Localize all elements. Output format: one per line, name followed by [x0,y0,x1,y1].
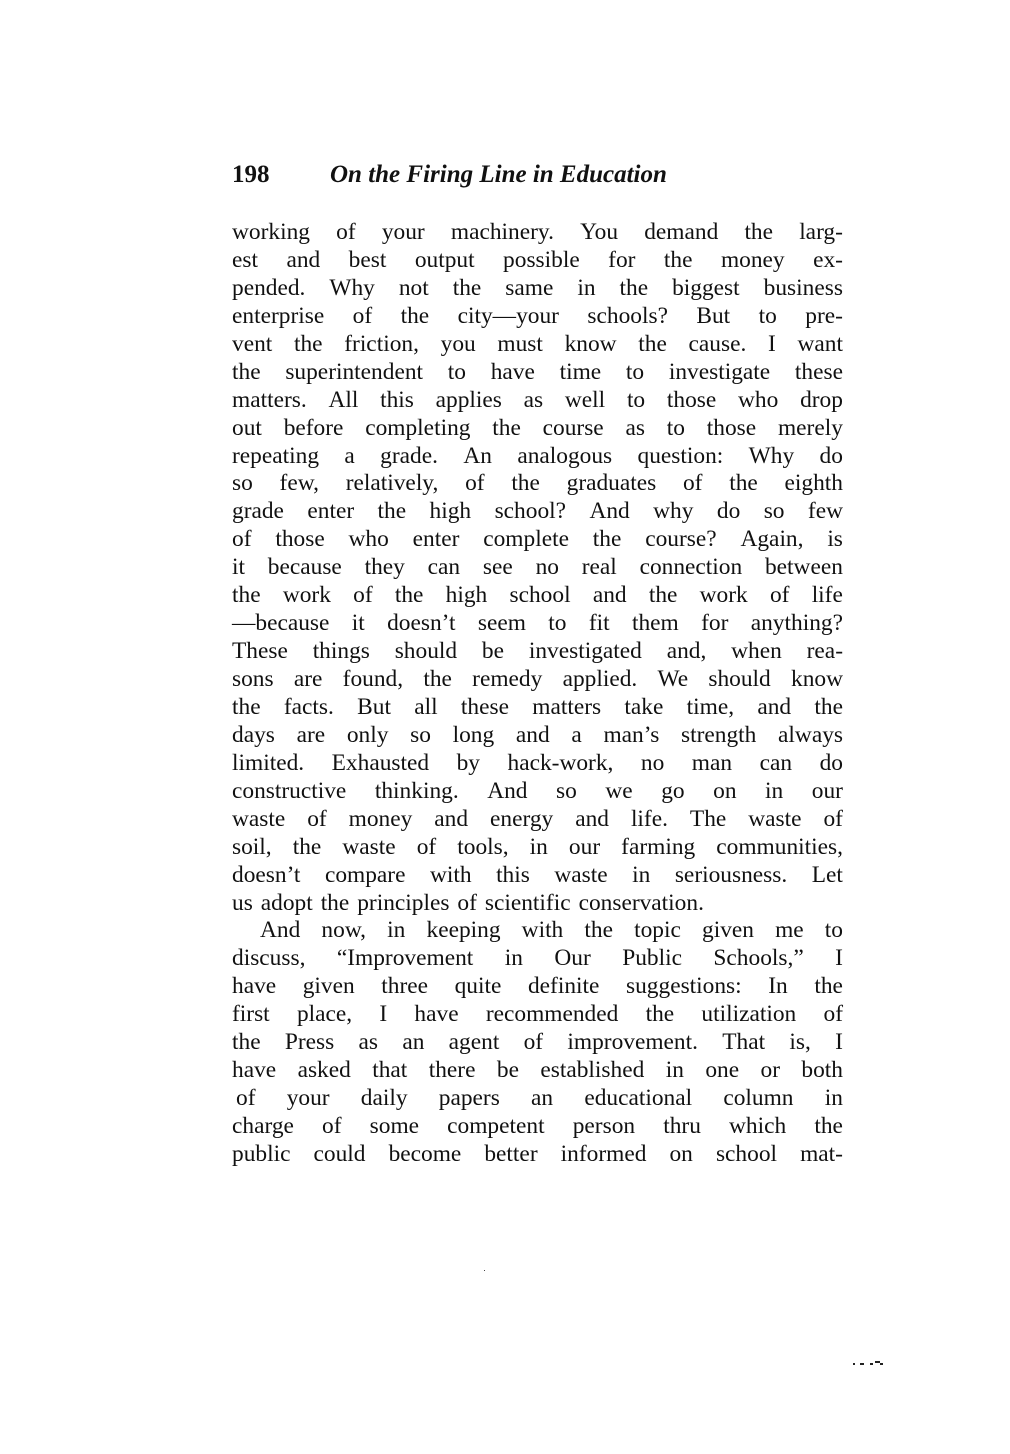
text-line: thefacts.Butallthesematterstaketime,andt… [232,694,843,722]
word: out [232,415,262,443]
word: in [577,275,595,303]
word: hack-work, [508,750,614,778]
word: should [708,666,770,694]
word: is, [789,1029,810,1057]
word: can [760,750,792,778]
word: topic [634,917,681,945]
word: in [632,862,650,890]
word: But [696,303,730,331]
text-line: itbecausetheycanseenorealconnectionbetwe… [232,554,843,582]
word: school [716,1141,777,1169]
word: drop [800,387,843,415]
word: “Improvement [337,945,473,973]
word: adopt [261,890,313,918]
word: connection [640,554,743,582]
word: the [401,303,430,331]
word: competent [447,1113,544,1141]
word: with [430,862,472,890]
word: city—your [458,303,559,331]
word: I [768,331,776,359]
word: better [484,1141,537,1169]
word: the [423,666,452,694]
word: for [608,247,635,275]
text-line: thePressasanagentofimprovement.Thatis,I [232,1029,843,1057]
word: And [260,917,300,945]
word: all [414,694,437,722]
word: the [729,470,758,498]
word: of [232,526,252,554]
word: the [649,582,678,610]
word: biggest [672,275,740,303]
word: have [232,973,276,1001]
word: fit [589,610,610,638]
word: grade [232,498,284,526]
word: for [701,610,728,638]
word: have [414,1001,458,1029]
word: and [757,694,791,722]
word: grade. [380,443,438,471]
word: life. [631,806,668,834]
word: not [399,275,429,303]
word: business [764,275,843,303]
word: with [522,917,564,945]
word: definite [528,973,599,1001]
word: person [573,1113,635,1141]
word: waste [232,806,285,834]
word: the [395,582,424,610]
word: the [584,917,613,945]
word: they [365,554,405,582]
word: could [314,1141,366,1169]
word: that [372,1057,407,1085]
word: of [236,1085,256,1113]
word: these [795,359,843,387]
word: to [825,917,843,945]
word: of [524,1029,544,1057]
word: found, [343,666,403,694]
word: the [232,1029,261,1057]
word: a [344,443,354,471]
word: An [463,443,492,471]
word: investigate [669,359,770,387]
text-line: thesuperintendenttohavetimetoinvestigate… [232,359,843,387]
text-line: Thesethingsshouldbeinvestigatedand,whenr… [232,638,843,666]
word: best [349,247,387,275]
word: I [835,1029,843,1057]
word: keeping [427,917,501,945]
word: some [370,1113,419,1141]
word: graduates [567,470,657,498]
text-line: pended.Whynotthesameinthebiggestbusiness [232,275,843,303]
word: want [798,331,843,359]
word: facts. [284,694,334,722]
word: always [778,722,843,750]
word: on [713,778,736,806]
word: do [820,443,843,471]
word: this [380,387,414,415]
word: few, [280,470,319,498]
word: of [824,1001,844,1029]
word: mat- [800,1141,843,1169]
word: waste [554,862,607,890]
word: to [667,415,685,443]
word: of [353,582,373,610]
word: long [453,722,495,750]
scan-speck [484,1270,485,1271]
word: Why [329,275,374,303]
word: days [232,722,275,750]
word: pended. [232,275,305,303]
word: matters. [232,387,307,415]
word: well [565,387,605,415]
word: energy [490,806,553,834]
word: conservation. [579,890,704,918]
word: vent [232,331,272,359]
word: who [349,526,389,554]
word: Why [749,443,794,471]
word: —because [232,610,329,638]
word: course [543,415,604,443]
text-line: repeatingagrade.Ananalogousquestion:Whyd… [232,443,843,471]
word: the [511,470,540,498]
word: applies [436,387,502,415]
word: The [690,806,726,834]
word: do [717,498,740,526]
word: utilization [701,1001,796,1029]
word: to [626,359,644,387]
text-line: sonsarefound,theremedyapplied.Weshouldkn… [232,666,843,694]
word: the [814,973,843,1001]
word: scientific [485,890,571,918]
text-line: sofew,relatively,ofthegraduatesoftheeigh… [232,470,843,498]
text-line: gradeenterthehighschool?Andwhydosofew [232,498,843,526]
word: Schools,” [713,945,803,973]
word: seem [478,610,526,638]
word: strength [681,722,756,750]
word: see [483,554,513,582]
word: both [801,1057,843,1085]
text-line: chargeofsomecompetentpersonthruwhichthe [232,1113,843,1141]
word: which [729,1113,786,1141]
word: by [457,750,480,778]
word: of [353,303,373,331]
word: few [808,498,843,526]
word: to [448,359,466,387]
word: take [624,694,663,722]
word: charge [232,1113,294,1141]
word: a [571,722,581,750]
word: superintendent [285,359,423,387]
word: of [322,1113,342,1141]
word: the [620,275,649,303]
word: three [381,973,428,1001]
text-line: soil,thewasteoftools,inourfarmingcommuni… [232,834,843,862]
text-line: havegiventhreequitedefinitesuggestions:I… [232,973,843,1001]
word: place, [297,1001,352,1029]
word: merely [778,415,843,443]
word: on [669,1141,692,1169]
word: now, [321,917,366,945]
word: in [825,1085,843,1113]
word: be [482,638,504,666]
word: enter [413,526,460,554]
word: relatively, [346,470,439,498]
word: those [707,415,756,443]
word: compare [325,862,406,890]
word: the [638,331,667,359]
word: In [768,973,788,1001]
word: things [313,638,370,666]
word: seriousness. [675,862,787,890]
word: man’s [603,722,659,750]
word: working [232,219,310,247]
word: and, [667,638,707,666]
word: Exhausted [332,750,429,778]
word: ex- [813,247,843,275]
word: the [646,1001,675,1029]
word: no [641,750,664,778]
word: in [666,1057,684,1085]
word: course? [645,526,716,554]
word: me [775,917,804,945]
word: we [605,778,632,806]
text-line: workingofyourmachinery.Youdemandthelarg- [232,219,843,247]
text-line: ventthefriction,youmustknowthecause.Iwan… [232,331,843,359]
word: possible [503,247,580,275]
word: same [505,275,553,303]
word: know [791,666,843,694]
text-line: ofyourdailypapersaneducationalcolumnin [232,1085,843,1113]
word: All [328,387,358,415]
word: the [492,415,521,443]
word: limited. [232,750,304,778]
text-line: constructivethinking.Andsowegooninour [232,778,843,806]
word: the [744,219,773,247]
word: thru [663,1113,701,1141]
word: these [461,694,509,722]
word: enter [307,498,354,526]
word: school [510,582,571,610]
word: anything? [751,610,843,638]
word: of [770,582,790,610]
text-line: haveaskedthattherebeestablishedinoneorbo… [232,1057,843,1085]
body-text: workingofyourmachinery.Youdemandthelarg-… [232,219,843,1169]
word: given [303,973,355,1001]
word: doesn’t [387,610,455,638]
text-line: discuss,“ImprovementinOurPublicSchools,”… [232,945,843,973]
word: Again, [740,526,803,554]
book-page: 198On the Firing Line in Education worki… [0,0,1010,1454]
word: agent [449,1029,500,1057]
word: soil, [232,834,272,862]
word: thinking. [375,778,459,806]
word: it [232,554,245,582]
word: one [705,1057,739,1085]
word: in [387,917,405,945]
word: as [359,1029,379,1057]
word: go [661,778,684,806]
word: suggestions: [626,973,742,1001]
word: or [761,1057,781,1085]
word: between [765,554,843,582]
word: become [389,1141,462,1169]
word: constructive [232,778,346,806]
word: matters [532,694,601,722]
word: an [402,1029,424,1057]
word: high [430,498,472,526]
word: life [812,582,843,610]
word: your [382,219,425,247]
word: so [232,470,253,498]
word: in [505,945,523,973]
word: the [232,582,261,610]
word: as [524,387,544,415]
word: communities, [716,834,843,862]
word: discuss, [232,945,305,973]
word: est [232,247,258,275]
word: in [530,834,548,862]
word: money [349,806,413,834]
word: the [664,247,693,275]
word: investigated [529,638,642,666]
word: to [548,610,566,638]
word: do [820,750,843,778]
running-head: 198On the Firing Line in Education [232,160,844,190]
word: have [491,359,535,387]
word: must [497,331,543,359]
word: and [575,806,609,834]
word: demand [644,219,718,247]
word: so [556,778,577,806]
word: have [232,1057,276,1085]
word: the [232,359,261,387]
word: quite [455,973,502,1001]
word: the [232,694,261,722]
word: But [357,694,391,722]
word: waste [748,806,801,834]
word: pre- [805,303,843,331]
word: sons [232,666,274,694]
word: because [268,554,342,582]
word: as [625,415,645,443]
word: our [569,834,600,862]
word: Let [812,862,843,890]
word: output [415,247,475,275]
word: only [347,722,389,750]
word: should [395,638,457,666]
text-line: theworkofthehighschoolandtheworkoflife [232,582,843,610]
word: remedy [472,666,542,694]
word: are [297,722,326,750]
word: us [232,890,253,918]
word: These [232,638,288,666]
word: cause. [689,331,747,359]
word: money [721,247,785,275]
word: educational [584,1085,692,1113]
text-line: enterpriseofthecity—yourschools?Buttopre… [232,303,843,331]
word: given [702,917,754,945]
word: of [307,806,327,834]
word: column [723,1085,793,1113]
word: before [284,415,344,443]
word: enterprise [232,303,324,331]
word: so [410,722,431,750]
word: this [496,862,530,890]
word: the [378,498,407,526]
word: informed [561,1141,647,1169]
word: and [434,806,468,834]
text-line: outbeforecompletingthecourseastothosemer… [232,415,843,443]
word: improvement. [567,1029,698,1057]
word: public [232,1141,290,1169]
word: And [487,778,527,806]
word: to [627,387,645,415]
text-line: publiccouldbecomebetterinformedonschoolm… [232,1141,843,1169]
text-line: wasteofmoneyandenergyandlife.Thewasteof [232,806,843,834]
text-line: firstplace,Ihaverecommendedtheutilizatio… [232,1001,843,1029]
word: applied. [563,666,638,694]
word: high [446,582,488,610]
word: the [294,331,323,359]
word: our [812,778,843,806]
word: so [764,498,785,526]
word: those [667,387,716,415]
word: when [731,638,782,666]
word: doesn’t [232,862,300,890]
word: and [286,247,320,275]
word: be [497,1057,519,1085]
book-title: On the Firing Line in Education [330,161,667,188]
text-line: Andnow,inkeepingwiththetopicgivenmeto [232,917,843,945]
word: in [765,778,783,806]
word: is [827,526,843,554]
word: are [294,666,323,694]
word: I [379,1001,387,1029]
text-line: ofthosewhoentercompletethecourse?Again,i… [232,526,843,554]
word: Public [622,945,682,973]
word: you [441,331,476,359]
word: the [593,526,622,554]
word: your [287,1085,330,1113]
word: them [632,610,679,638]
text-line: limited.Exhaustedbyhack-work,nomancando [232,750,843,778]
word: can [428,554,460,582]
word: established [540,1057,644,1085]
word: daily [361,1085,408,1113]
word: asked [298,1057,351,1085]
word: I [835,945,843,973]
word: time [560,359,602,387]
word: the [321,890,350,918]
word: larg- [799,219,843,247]
word: and [516,722,550,750]
text-line: —becauseitdoesn’tseemtofitthemforanythin… [232,610,843,638]
word: of [417,834,437,862]
word: principles [357,890,449,918]
word: time, [687,694,734,722]
text-line: daysareonlysolongandaman’sstrengthalways [232,722,843,750]
text-line: estandbestoutputpossibleforthemoneyex- [232,247,843,275]
word: analogous [517,443,612,471]
word: recommended [486,1001,619,1029]
word: farming [621,834,695,862]
word: of [457,890,477,918]
word: know [565,331,617,359]
word: and [593,582,627,610]
word: eighth [785,470,843,498]
word: an [531,1085,553,1113]
word: first [232,1001,270,1029]
